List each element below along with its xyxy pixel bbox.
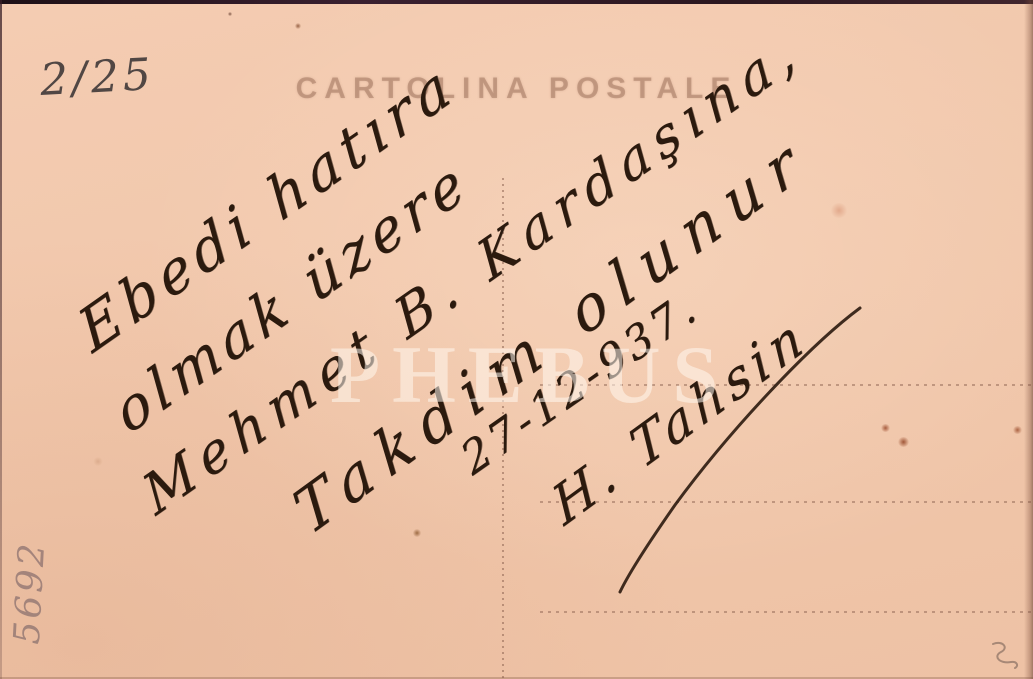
foxing-spot [830,203,848,218]
foxing-spot [228,12,232,16]
postcard-back: CARTOLINA POSTALE 2/25 5692 Ebedi hatıra… [0,0,1033,679]
foxing-spot [295,23,301,29]
foxing-spot [1013,426,1022,434]
foxing-spot [93,457,103,466]
scan-edge-top [0,0,1033,4]
inventory-number: 2/25 [39,49,156,106]
foxing-spot [881,424,890,432]
edge-inventory-number: 5692 [6,532,53,654]
address-line-3 [540,611,1033,613]
scan-edge-left [0,0,2,679]
scan-edge-right [1024,0,1033,679]
foxing-spot [413,529,421,537]
foxing-spot [898,437,909,447]
